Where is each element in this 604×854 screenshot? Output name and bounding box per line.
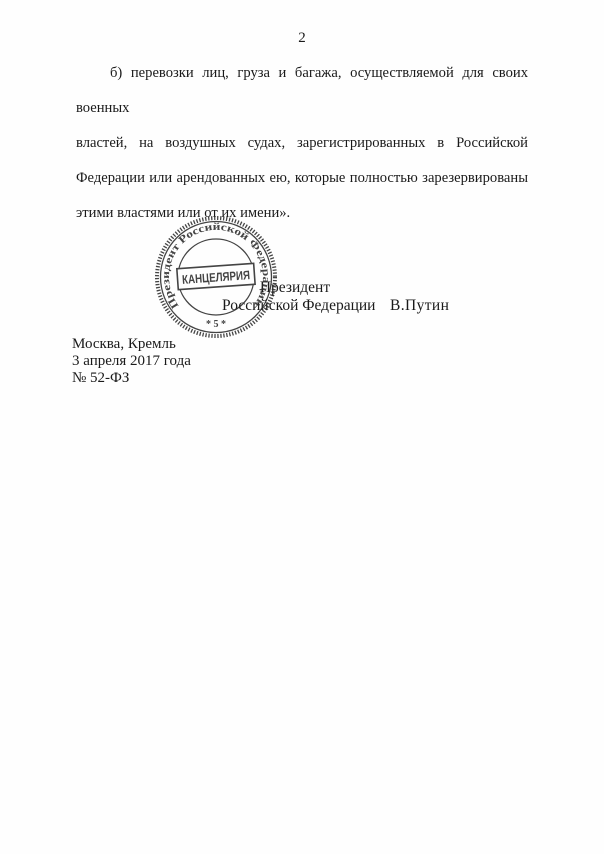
footer-date-line: 3 апреля 2017 года	[72, 353, 191, 370]
paragraph-line: б) перевозки лиц, груза и багажа, осущес…	[76, 56, 528, 126]
page-number: 2	[0, 30, 604, 47]
footer-city-line: Москва, Кремль	[72, 336, 191, 353]
paragraph-line: Федерации или арендованных ею, которые п…	[76, 161, 528, 196]
document-page: 2 б) перевозки лиц, груза и багажа, осущ…	[0, 0, 604, 854]
signature-name: В.Путин	[390, 297, 449, 315]
footer-number-line: № 52-ФЗ	[72, 370, 191, 387]
signature-title-line1: Президент	[222, 279, 368, 297]
body-paragraph: б) перевозки лиц, груза и багажа, осущес…	[76, 56, 528, 231]
chancellery-stamp-icon: Президент Российской Федерации * 5 * КАН…	[153, 214, 279, 340]
stamp-number-text: * 5 *	[206, 319, 226, 330]
signature-title: Президент Российской Федерации	[222, 279, 368, 314]
date-place-block: Москва, Кремль 3 апреля 2017 года № 52-Ф…	[72, 336, 191, 388]
signature-title-line2: Российской Федерации	[222, 297, 368, 315]
paragraph-line: властей, на воздушных судах, зарегистрир…	[76, 126, 528, 161]
paragraph-line: этими властями или от их имени».	[76, 196, 528, 231]
stamp-serrated-edge	[157, 218, 275, 336]
stamp-outer-ring	[161, 222, 272, 333]
signature-block: Президент Российской Федерации В.Путин	[222, 279, 368, 314]
